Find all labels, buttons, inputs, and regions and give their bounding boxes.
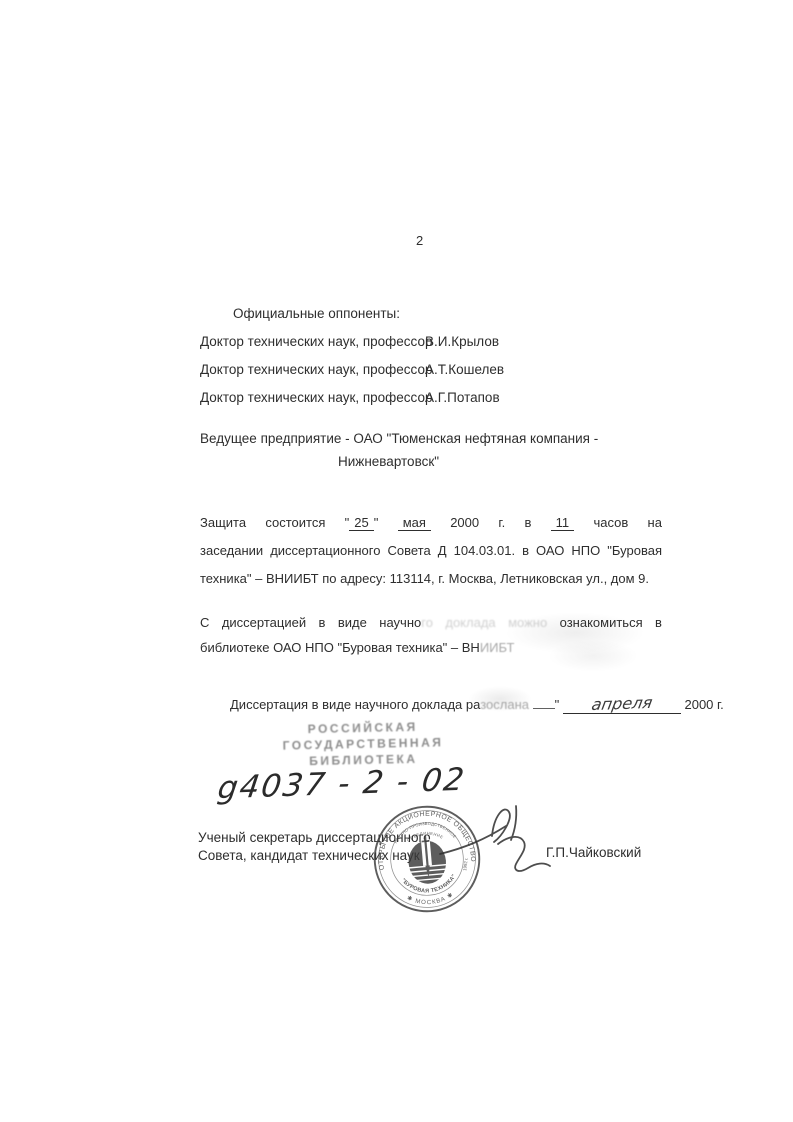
signature-icon: [436, 796, 556, 892]
erased-text: зослана: [480, 697, 529, 712]
opponent-name: А.Т.Кошелев: [425, 362, 504, 377]
erased-text: ИИБТ: [480, 640, 515, 655]
leading-organization: Ведущее предприятие - ОАО "Тюменская неф…: [200, 427, 670, 473]
scanned-document-page: 2 Официальные оппоненты: Доктор техничес…: [0, 0, 793, 1122]
mailed-line: Диссертация в виде научного доклада разо…: [230, 694, 724, 714]
leading-organization-line1: Ведущее предприятие - ОАО "Тюменская неф…: [200, 427, 670, 450]
handwritten-month-underline: апреля: [563, 694, 681, 714]
defense-day: 25: [349, 515, 373, 531]
opponent-name: В.И.Крылов: [425, 334, 499, 349]
library-stamp: РОССИЙСКАЯ ГОСУДАРСТВЕННАЯ БИБЛИОТЕКА: [281, 718, 446, 769]
opponents-heading: Официальные оппоненты:: [233, 306, 400, 321]
opponent-title: Доктор технических наук, профессор: [200, 334, 432, 349]
defense-line2: заседании диссертационного Совета Д 104.…: [200, 537, 662, 565]
secretary-name: Г.П.Чайковский: [546, 845, 641, 860]
handwritten-month: апреля: [590, 693, 654, 714]
opponent-name: А.Г.Потапов: [425, 390, 500, 405]
leading-organization-line2: Нижневартовск": [200, 450, 670, 473]
opponent-row: Доктор технических наук, профессор В.И.К…: [200, 334, 660, 349]
defense-line1: Защита состоится "25" мая 2000 г. в 11 ч…: [200, 509, 662, 537]
defense-month: мая: [398, 515, 431, 531]
familiarize-line2: библиотеке ОАО НПО "Буровая техника" – В…: [200, 635, 662, 660]
familiarize-paragraph: С диссертацией в виде научного доклада м…: [200, 610, 662, 660]
library-stamp-line2: ГОСУДАРСТВЕННАЯ: [281, 734, 445, 753]
opponent-title: Доктор технических наук, профессор: [200, 362, 432, 377]
defense-line3: техника" – ВНИИБТ по адресу: 113114, г. …: [200, 565, 662, 593]
erased-text: го доклада можно: [421, 615, 547, 630]
opponent-row: Доктор технических наук, профессор А.Г.П…: [200, 390, 660, 405]
handwritten-inventory-number: g4037 - 2 - 02: [216, 762, 468, 807]
defense-paragraph: Защита состоится "25" мая 2000 г. в 11 ч…: [200, 509, 662, 593]
page-number: 2: [416, 233, 423, 248]
opponent-title: Доктор технических наук, профессор: [200, 390, 432, 405]
opponent-row: Доктор технических наук, профессор А.Т.К…: [200, 362, 660, 377]
defense-hour: 11: [551, 515, 575, 531]
day-blank-underline: [533, 708, 555, 709]
familiarize-line1: С диссертацией в виде научного доклада м…: [200, 610, 662, 635]
